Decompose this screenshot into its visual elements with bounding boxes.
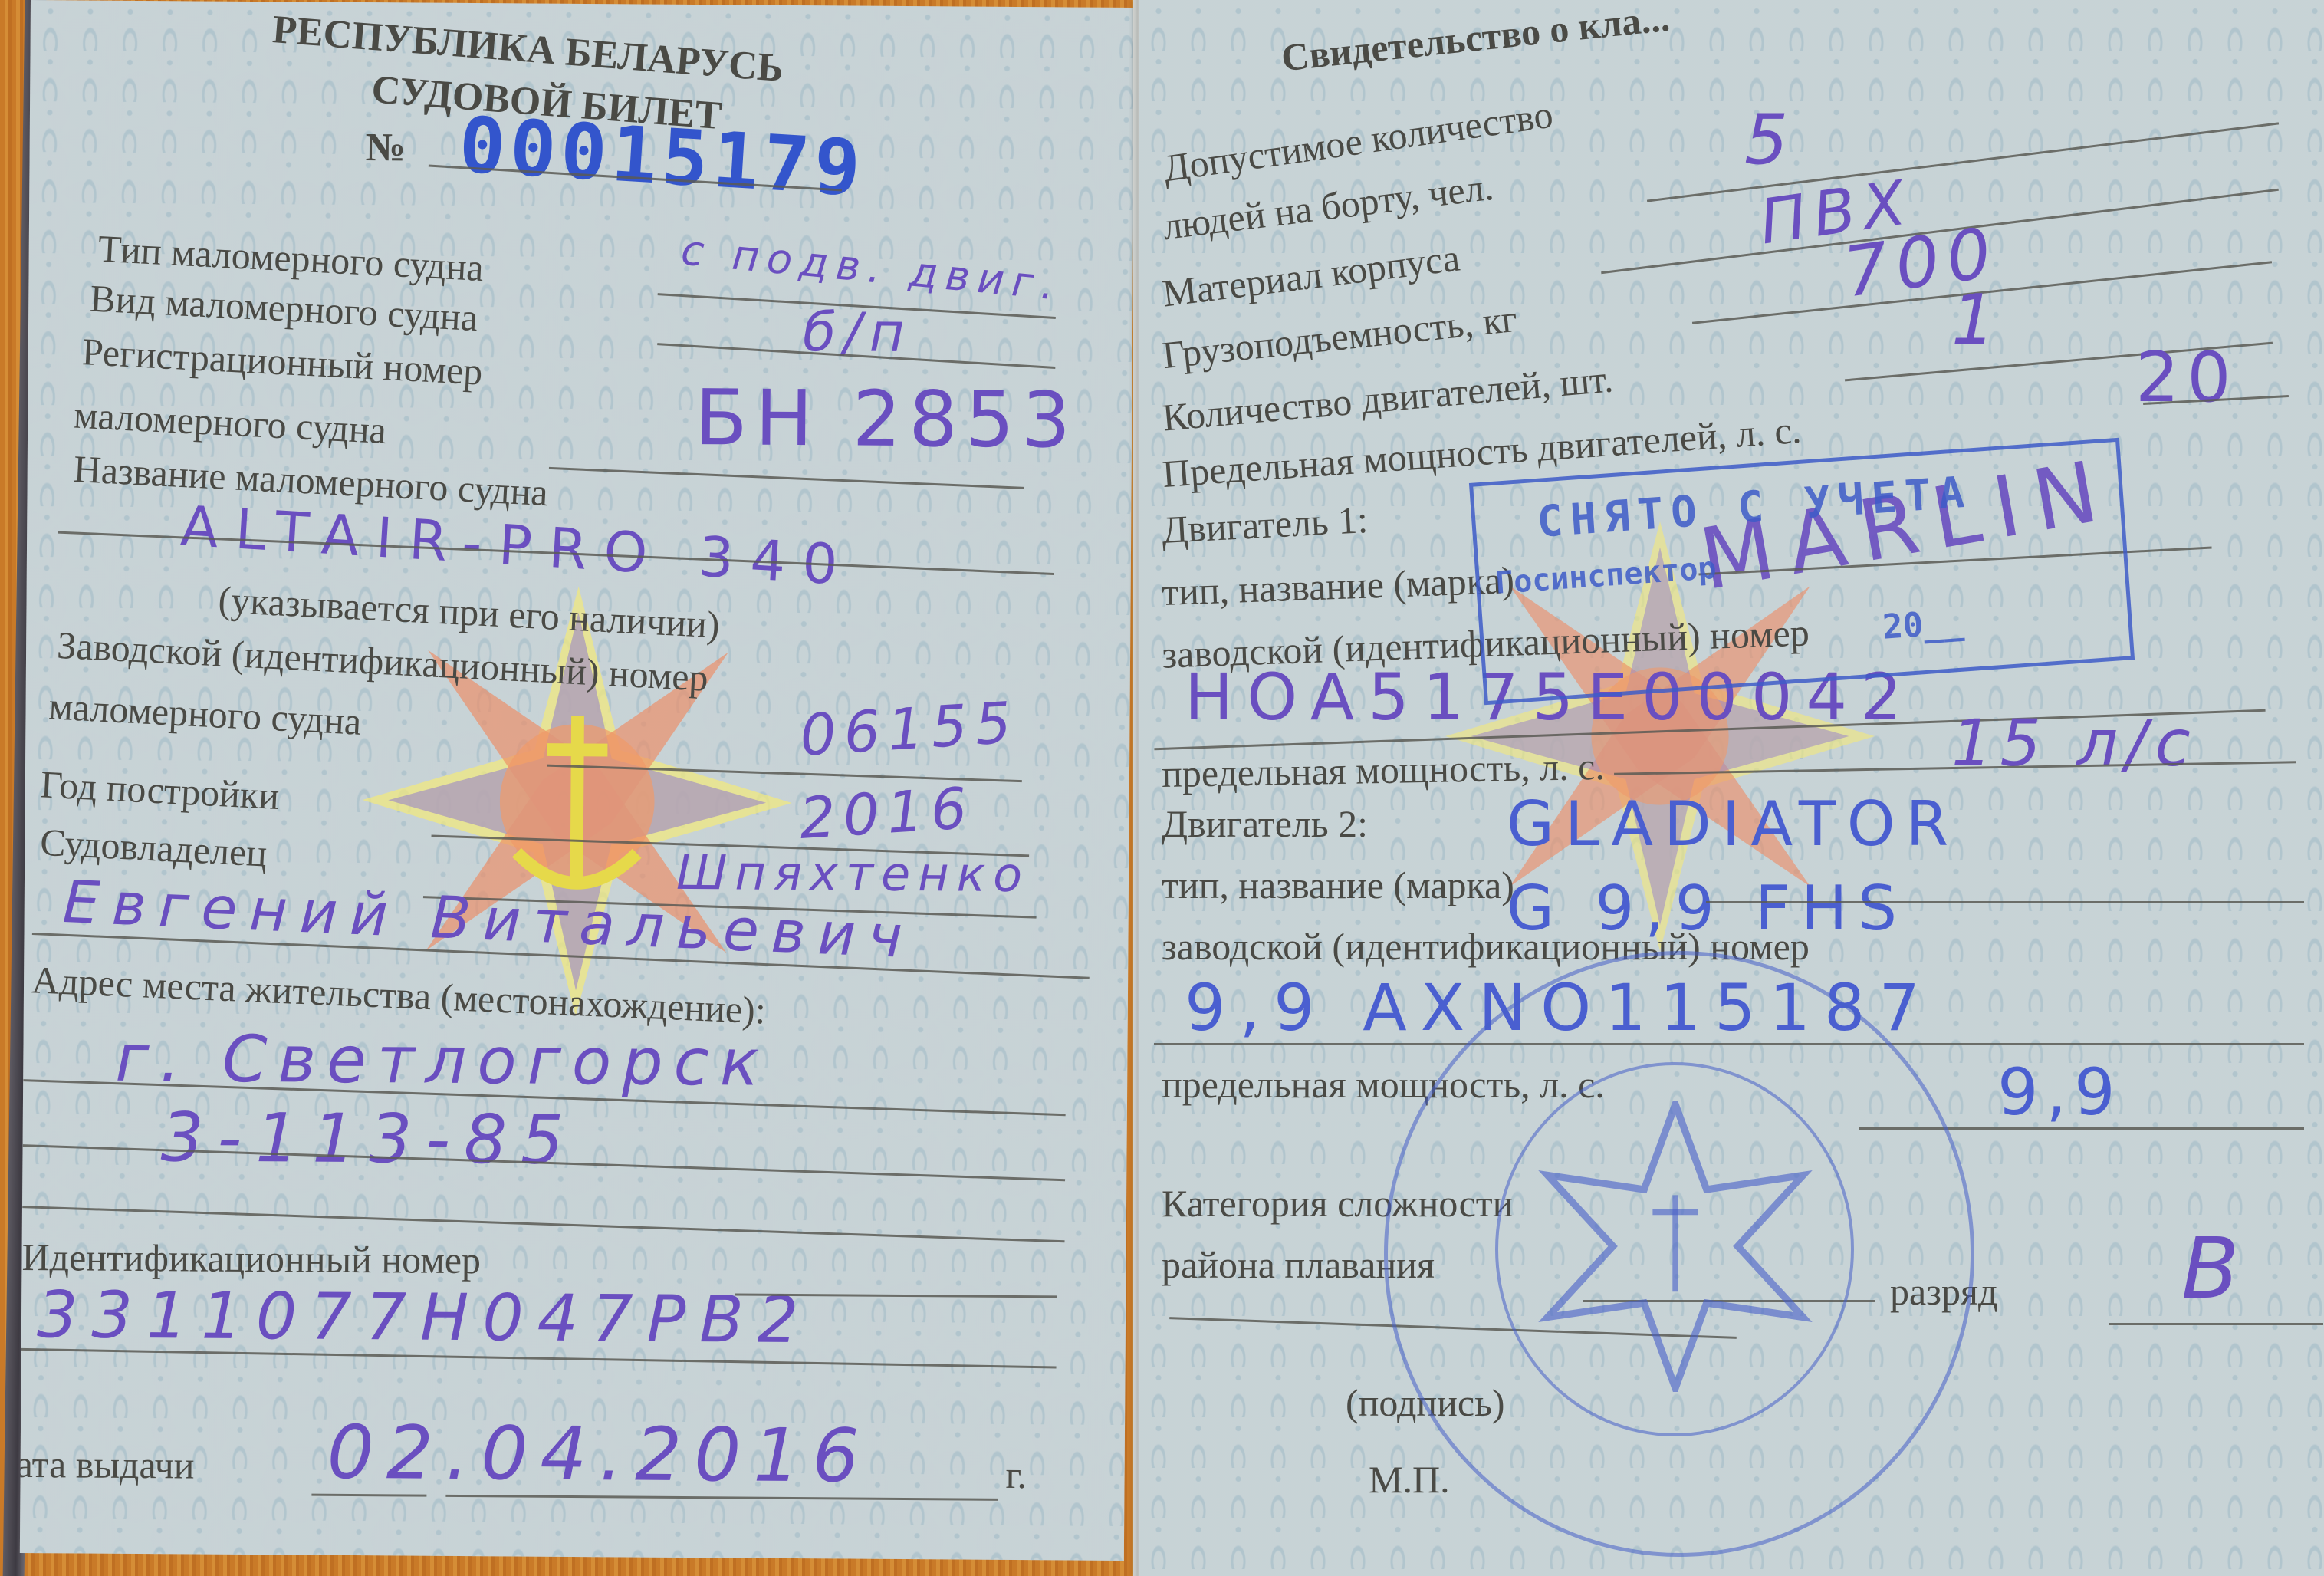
number-label: № [365,125,406,170]
certificate-header: Свидетельство о кла... [1279,0,1672,80]
issue-date-day-line [311,1494,426,1497]
seal-star-icon [1533,1101,1817,1392]
reg-number-value: БН 2853 [695,373,1079,465]
engine2-type-line [1706,901,2304,903]
reg-number-line [549,467,1024,489]
stamp-date: 20__ [1882,602,1965,647]
capacity-line [1647,122,2279,202]
category-grade-value: В [2181,1219,2247,1318]
engine2-power-value: 9,9 [1997,1055,2123,1130]
stamp-line-1: СНЯТО С УЧЕТА [1535,467,1973,547]
issue-date-label: Дата выдачи [20,1442,195,1488]
capacity-label-1: Допустимое количество [1160,92,1555,191]
engine-count-value: 1 [1951,280,2003,360]
hull-material-label: Материал корпуса [1160,235,1462,315]
max-power-value: 20 [2135,337,2239,418]
deregistered-stamp: СНЯТО С УЧЕТА Госинспектор 20__ [1469,438,2135,706]
factory-number-value: 06155 [798,689,1021,769]
build-year-value: 2016 [797,775,976,852]
id-number-value: 3311077H047PB2 [37,1277,813,1357]
issue-date-value: 02.04.2016 [327,1410,871,1499]
category-grade-line [2109,1323,2323,1325]
right-page: Свидетельство о кла... Допустимое количе… [1139,0,2324,1576]
reg-number-label-1: Регистрационный номер [81,329,484,393]
capacity-value: 5 [1744,100,1796,180]
address-value-line-1: г. Светлогорск [115,1021,770,1101]
engine2-type-label: тип, название (марка) [1162,863,1514,907]
issue-date-suffix: г. [1005,1453,1027,1497]
engine1-power-value: 15 л/с [1951,706,2198,781]
stamp-line-2: Госинспектор [1494,551,1718,601]
engine2-label: Двигатель 2: [1162,801,1368,846]
reg-number-label-2: маломерного судна [73,393,387,453]
engine1-label: Двигатель 1: [1161,497,1369,552]
build-year-label: Год постройки [40,762,281,818]
owner-value-line-1: Шпяхтенко [676,844,1031,903]
document-number: 00015179 [457,100,868,213]
left-page: РЕСПУБЛИКА БЕЛАРУСЬ СУДОВОЙ БИЛЕТ № 0001… [20,0,1135,1561]
factory-number-label-2: маломерного судна [48,683,362,744]
address-value-line-2: 3-113-85 [160,1097,577,1180]
id-number-label: Идентификационный номер [21,1235,481,1282]
seal-label: М.П. [1369,1457,1450,1502]
official-round-seal [1384,951,1974,1557]
